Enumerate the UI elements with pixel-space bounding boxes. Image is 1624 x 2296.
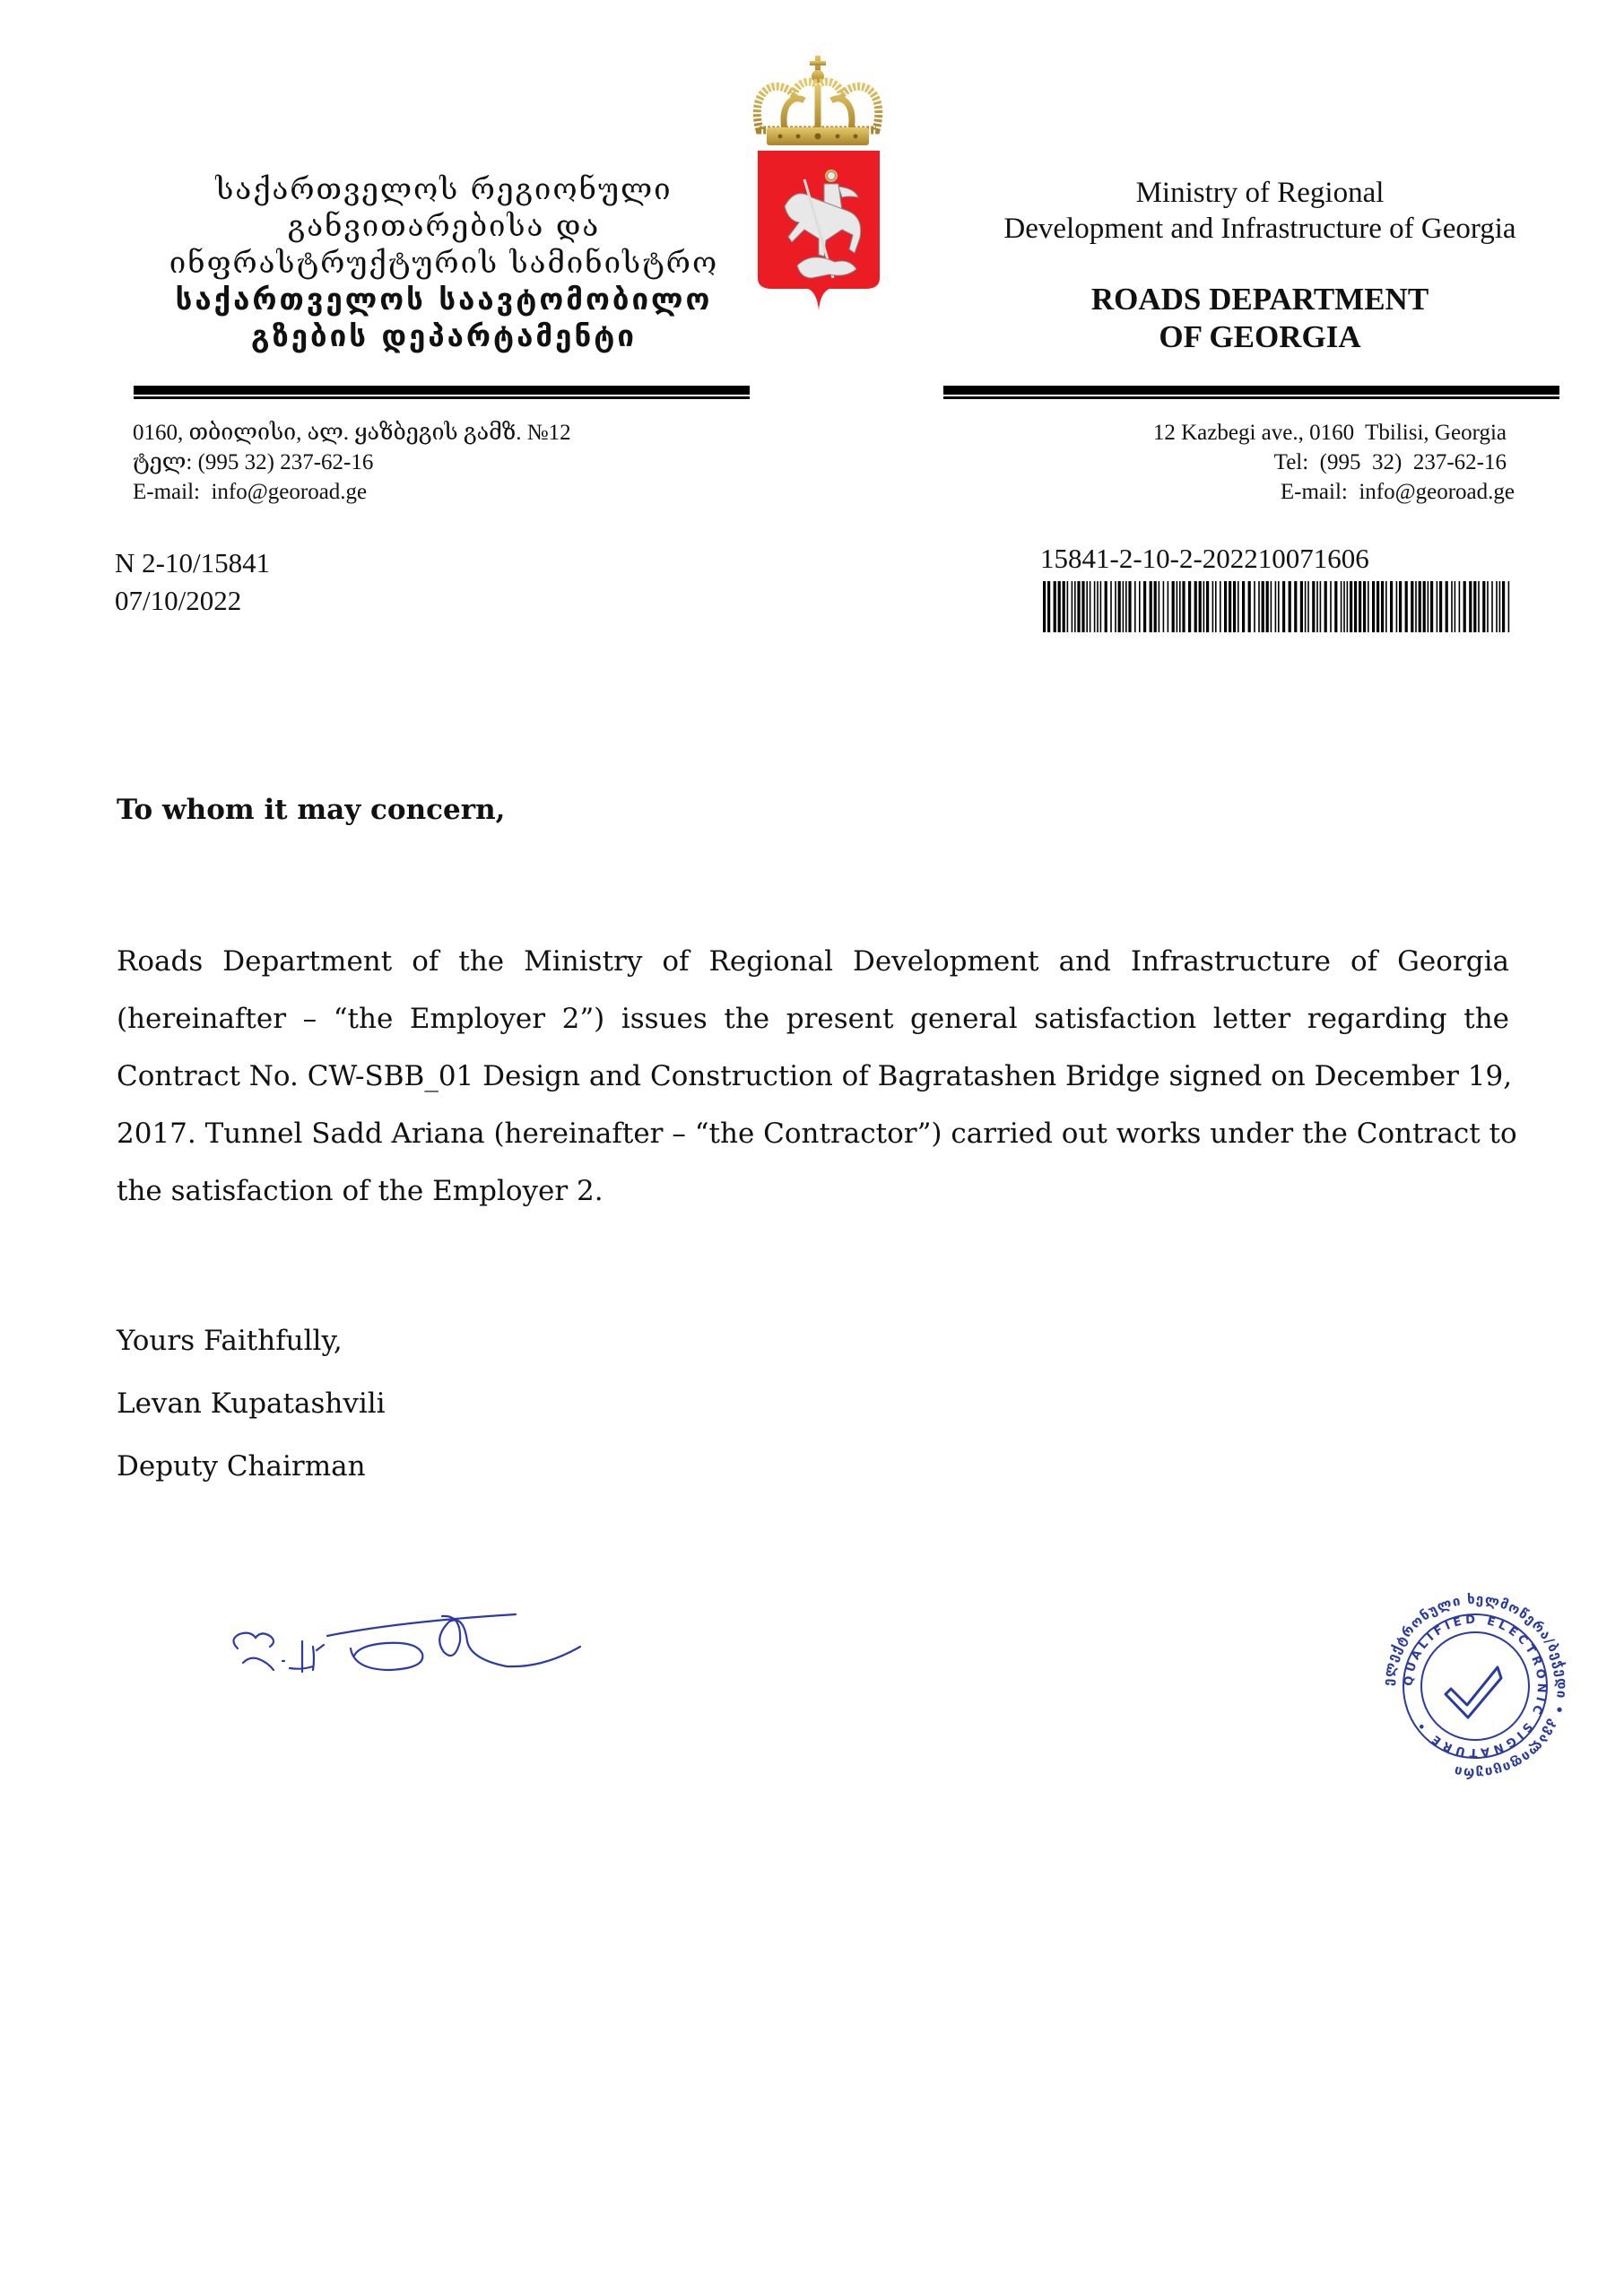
closing-block: Yours Faithfully, Levan Kupatashvili Dep… [117, 1309, 386, 1498]
letterhead-georgian: საქართველოს რეგიონული განვითარებისა და ი… [135, 170, 753, 354]
georgian-phone: ტელ: (995 32) 237-62-16 [133, 448, 571, 477]
letterhead-english: Ministry of Regional Development and Inf… [951, 175, 1569, 356]
signatory-title: Deputy Chairman [117, 1435, 386, 1498]
english-ministry-line-2: Development and Infrastructure of Georgi… [951, 211, 1569, 247]
barcode [1043, 581, 1511, 632]
english-email: E-mail: info@georoad.ge [986, 477, 1515, 507]
georgian-address: 0160, თბილისი, ალ. ყაზბეგის გამზ. №12 [133, 418, 571, 448]
header-divider-right [943, 386, 1559, 400]
english-department-title: ROADS DEPARTMENT OF GEORGIA [951, 281, 1569, 356]
english-ministry-line-1: Ministry of Regional [951, 175, 1569, 211]
paragraph-line: 2017. Tunnel Sadd Ariana (hereinafter – … [117, 1105, 1509, 1162]
reference-number: N 2-10/15841 [115, 544, 270, 582]
paragraph-line: Roads Department of the Ministry of Regi… [117, 933, 1509, 990]
handwritten-signature [220, 1605, 596, 1704]
georgian-email: E-mail: info@georoad.ge [133, 477, 571, 507]
reference-date: 07/10/2022 [115, 582, 270, 620]
paragraph-line: Contract No. CW-SBB_01 Design and Constr… [117, 1048, 1509, 1105]
georgian-ministry-line-1: საქართველოს რეგიონული [135, 170, 753, 207]
georgia-coat-of-arms-icon [749, 54, 892, 332]
signatory-name: Levan Kupatashvili [117, 1372, 386, 1435]
letter-body-paragraph: Roads Department of the Ministry of Regi… [117, 933, 1509, 1220]
georgian-ministry-line-2: განვითარებისა და [135, 207, 753, 244]
english-department-line-1: ROADS DEPARTMENT [951, 281, 1569, 318]
paragraph-line: (hereinafter – “the Employer 2”) issues … [117, 990, 1509, 1048]
qualified-electronic-signature-stamp: ელექტრონული ხელმოწერა/ბეჭედი • კვალიფიცი… [1381, 1592, 1569, 1780]
paragraph-line: the satisfaction of the Employer 2. [117, 1162, 1509, 1220]
english-phone: Tel: (995 32) 237-62-16 [986, 448, 1507, 477]
georgian-contact-block: 0160, თბილისი, ალ. ყაზბეგის გამზ. №12 ტე… [133, 418, 571, 507]
english-department-line-2: OF GEORGIA [951, 318, 1569, 356]
reference-block: N 2-10/15841 07/10/2022 [115, 544, 270, 620]
salutation: To whom it may concern, [117, 794, 505, 826]
barcode-text: 15841-2-10-2-202210071606 [1040, 543, 1369, 575]
english-contact-block: 12 Kazbegi ave., 0160 Tbilisi, Georgia T… [986, 418, 1507, 507]
georgian-department-line-1: საქართველოს საავტომობილო [135, 281, 753, 317]
checkmark-icon [1446, 1667, 1501, 1718]
georgian-department-line-2: გზების დეპარტამენტი [135, 317, 753, 354]
georgian-ministry-line-3: ინფრასტრუქტურის სამინისტრო [135, 244, 753, 281]
header-divider-left [134, 386, 750, 400]
closing-phrase: Yours Faithfully, [117, 1309, 386, 1372]
english-address: 12 Kazbegi ave., 0160 Tbilisi, Georgia [986, 418, 1507, 448]
